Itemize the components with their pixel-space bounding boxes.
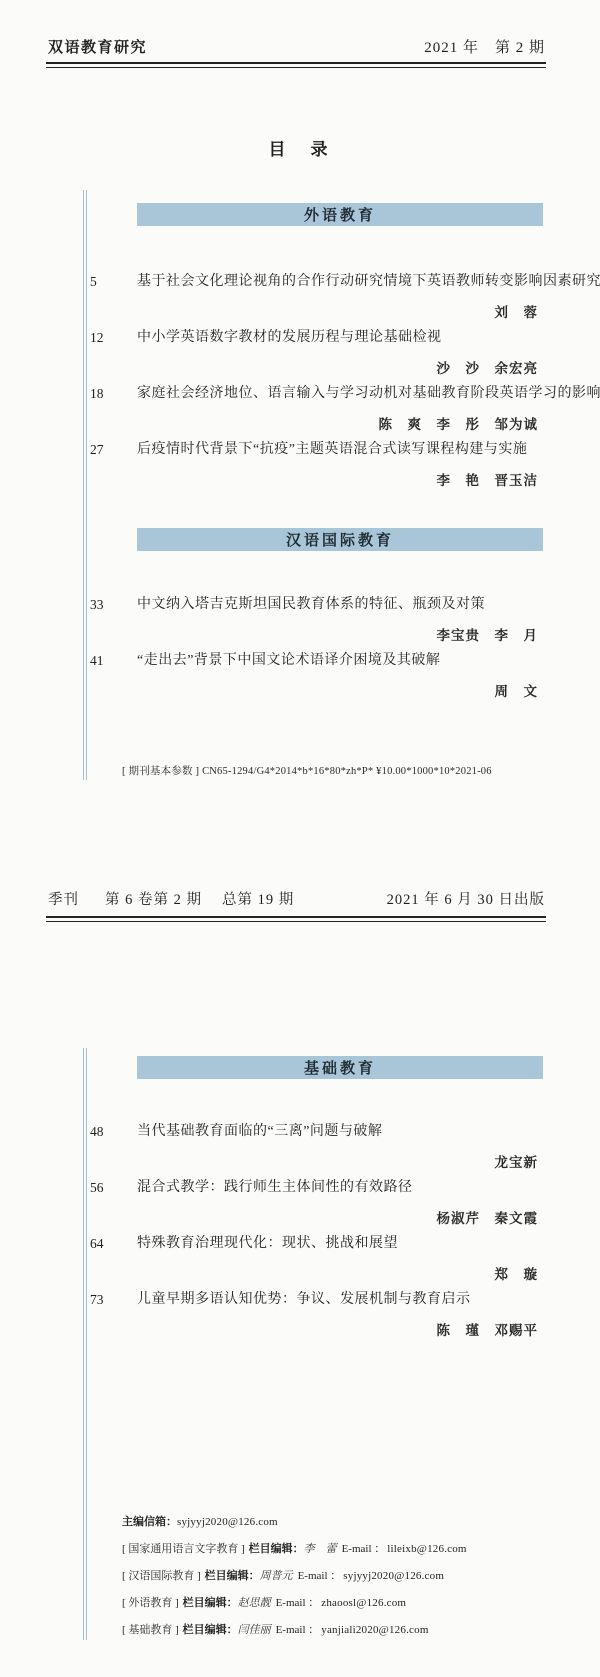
toc-entry: 48 当代基础教育面临的“三离”问题与破解 龙宝新 bbox=[90, 1122, 538, 1172]
midband-double-rule bbox=[46, 916, 546, 922]
entry-authors: 周 文 bbox=[90, 682, 538, 701]
entry-authors: 龙宝新 bbox=[90, 1153, 538, 1172]
toc-entry: 12 中小学英语数字教材的发展历程与理论基础检视 沙 沙 余宏亮 bbox=[90, 328, 538, 378]
toc-entry: 18 家庭社会经济地位、语言输入与学习动机对基础教育阶段英语学习的影响 陈 爽 … bbox=[90, 384, 538, 434]
column-editor-name: 周普元 bbox=[260, 1570, 293, 1582]
entry-authors: 沙 沙 余宏亮 bbox=[90, 359, 538, 378]
entry-title: “走出去”背景下中国文论术语译介困境及其破解 bbox=[137, 651, 440, 670]
entry-page-number: 12 bbox=[90, 328, 137, 347]
column-editor-email: lileixb@126.com bbox=[387, 1543, 466, 1555]
cumulative-issue: 总第 19 期 bbox=[222, 888, 294, 909]
column-editor-line: [ 外语教育 ] 栏目编辑：赵思靓E-mail ：zhaoosl@126.com bbox=[122, 1596, 600, 1610]
entry-authors: 陈 爽 李 彤 邹为诚 bbox=[90, 415, 538, 434]
entry-title: 家庭社会经济地位、语言输入与学习动机对基础教育阶段英语学习的影响 bbox=[137, 384, 600, 403]
entry-page-number: 73 bbox=[90, 1290, 137, 1309]
entry-page-number: 27 bbox=[90, 440, 137, 459]
entry-page-number: 64 bbox=[90, 1234, 137, 1253]
column-editor-name: 赵思靓 bbox=[238, 1597, 271, 1609]
publication-frequency: 季刊 bbox=[48, 888, 79, 909]
entry-page-number: 56 bbox=[90, 1178, 137, 1197]
column-section-name: [ 外语教育 ] bbox=[122, 1597, 182, 1609]
entry-authors: 郑 璇 bbox=[90, 1265, 538, 1284]
column-editor-email: yanjiali2020@126.com bbox=[321, 1624, 428, 1636]
section-bar-foreign-language: 外语教育 bbox=[137, 203, 543, 226]
toc-entry: 73 儿童早期多语认知优势：争议、发展机制与教育启示 陈 瑾 邓赐平 bbox=[90, 1290, 538, 1340]
entry-title: 特殊教育治理现代化：现状、挑战和展望 bbox=[137, 1234, 398, 1253]
email-label: E-mail ： bbox=[342, 1543, 386, 1555]
toc-entry: 56 混合式教学：践行师生主体间性的有效路径 杨淑芹 秦文霞 bbox=[90, 1178, 538, 1228]
entry-page-number: 41 bbox=[90, 651, 137, 670]
chief-editor-email: syjyyj2020@126.com bbox=[177, 1516, 278, 1528]
toc-entry: 41 “走出去”背景下中国文论术语译介困境及其破解 周 文 bbox=[90, 651, 538, 701]
column-editor-name: 李 蕾 bbox=[304, 1543, 337, 1555]
column-section-name: [ 国家通用语言文字教育 ] bbox=[122, 1543, 248, 1555]
toc-entry: 64 特殊教育治理现代化：现状、挑战和展望 郑 璇 bbox=[90, 1234, 538, 1284]
entry-title: 中小学英语数字教材的发展历程与理论基础检视 bbox=[137, 328, 442, 347]
toc-entry: 5 基于社会文化理论视角的合作行动研究情境下英语教师转变影响因素研究 刘 蓉 bbox=[90, 272, 538, 322]
column-editor-name: 闫佳丽 bbox=[238, 1624, 271, 1636]
chief-editor-email-line: 主编信箱：syjyyj2020@126.com bbox=[122, 1515, 600, 1529]
column-section-name: [ 汉语国际教育 ] bbox=[122, 1570, 204, 1582]
entry-authors: 杨淑芹 秦文霞 bbox=[90, 1209, 538, 1228]
column-editor-email: zhaoosl@126.com bbox=[321, 1597, 406, 1609]
entry-title: 中文纳入塔吉克斯坦国民教育体系的特征、瓶颈及对策 bbox=[137, 595, 485, 614]
column-section-name: [ 基础教育 ] bbox=[122, 1624, 182, 1636]
email-label: E-mail ： bbox=[276, 1597, 320, 1609]
toc-page-2: 基础教育 48 当代基础教育面临的“三离”问题与破解 龙宝新 56 混合式教学：… bbox=[0, 1048, 600, 1640]
entry-title: 当代基础教育面临的“三离”问题与破解 bbox=[137, 1122, 382, 1141]
entry-title: 儿童早期多语认知优势：争议、发展机制与教育启示 bbox=[137, 1290, 471, 1309]
entry-authors: 李宝贵 李 月 bbox=[90, 626, 538, 645]
toc-title: 目 录 bbox=[0, 135, 600, 160]
section-bar-basic-education: 基础教育 bbox=[137, 1056, 543, 1079]
journal-parameters-line: [ 期刊基本参数 ] CN65-1294/G4*2014*b*16*80*zh*… bbox=[122, 765, 600, 779]
column-editor-label: 栏目编辑： bbox=[183, 1597, 238, 1609]
entry-page-number: 48 bbox=[90, 1122, 137, 1141]
column-editor-label: 栏目编辑： bbox=[249, 1543, 304, 1555]
toc-page-1: 外语教育 5 基于社会文化理论视角的合作行动研究情境下英语教师转变影响因素研究 … bbox=[0, 190, 600, 780]
entry-title: 混合式教学：践行师生主体间性的有效路径 bbox=[137, 1178, 413, 1197]
entry-authors: 陈 瑾 邓赐平 bbox=[90, 1321, 538, 1340]
column-editor-email: syjyyj2020@126.com bbox=[343, 1570, 444, 1582]
editor-contacts-block: 主编信箱：syjyyj2020@126.com [ 国家通用语言文字教育 ] 栏… bbox=[122, 1515, 600, 1637]
header-double-rule bbox=[46, 62, 546, 68]
entry-authors: 李 艳 晋玉洁 bbox=[90, 471, 538, 490]
column-editor-line: [ 国家通用语言文字教育 ] 栏目编辑：李 蕾E-mail ：lileixb@1… bbox=[122, 1542, 600, 1556]
page-header: 双语教育研究 2021 年 第 2 期 bbox=[48, 36, 545, 57]
column-editor-line: [ 汉语国际教育 ] 栏目编辑：周普元E-mail ：syjyyj2020@12… bbox=[122, 1569, 600, 1583]
publication-info-band: 季刊 第 6 卷第 2 期 总第 19 期 2021 年 6 月 30 日出版 bbox=[0, 888, 600, 908]
entry-title: 后疫情时代背景下“抗疫”主题英语混合式读写课程构建与实施 bbox=[137, 440, 527, 459]
toc-entry: 27 后疫情时代背景下“抗疫”主题英语混合式读写课程构建与实施 李 艳 晋玉洁 bbox=[90, 440, 538, 490]
left-accent-line bbox=[83, 190, 87, 780]
volume-issue: 第 6 卷第 2 期 bbox=[105, 888, 202, 909]
entry-title: 基于社会文化理论视角的合作行动研究情境下英语教师转变影响因素研究 bbox=[137, 272, 600, 291]
left-accent-line bbox=[83, 1048, 87, 1640]
email-label: E-mail ： bbox=[276, 1624, 320, 1636]
journal-title: 双语教育研究 bbox=[48, 36, 147, 57]
email-label: E-mail ： bbox=[298, 1570, 342, 1582]
column-editor-line: [ 基础教育 ] 栏目编辑：闫佳丽E-mail ：yanjiali2020@12… bbox=[122, 1623, 600, 1637]
toc-entry: 33 中文纳入塔吉克斯坦国民教育体系的特征、瓶颈及对策 李宝贵 李 月 bbox=[90, 595, 538, 645]
section-bar-chinese-international: 汉语国际教育 bbox=[137, 528, 543, 551]
publish-date: 2021 年 6 月 30 日出版 bbox=[387, 888, 545, 909]
issue-info: 2021 年 第 2 期 bbox=[424, 36, 545, 57]
entry-page-number: 33 bbox=[90, 595, 137, 614]
chief-editor-label: 主编信箱： bbox=[122, 1516, 177, 1528]
entry-authors: 刘 蓉 bbox=[90, 303, 538, 322]
entry-page-number: 18 bbox=[90, 384, 137, 403]
column-editor-label: 栏目编辑： bbox=[183, 1624, 238, 1636]
column-editor-label: 栏目编辑： bbox=[205, 1570, 260, 1582]
entry-page-number: 5 bbox=[90, 272, 137, 291]
